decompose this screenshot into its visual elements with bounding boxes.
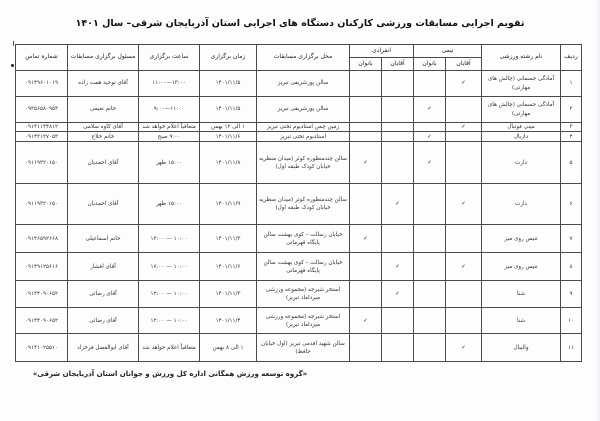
table-row: ۴ دازبال ✓ استادیوم تختی تبریز ۱۴۰۱/۱۱/۶…: [16, 132, 582, 142]
cell-sport: دارت: [482, 142, 561, 184]
cell-time: متعاقباً اعلام خواهد شد: [139, 123, 200, 132]
cell-ind-men: [382, 132, 414, 142]
cell-team-men: ✓: [446, 123, 482, 132]
header-date: زمان برگزاری: [200, 45, 257, 71]
header-sport: نام رشته ورزشی: [482, 45, 561, 71]
cell-team-men: [446, 308, 482, 334]
cell-ind-women: ✓: [350, 308, 382, 334]
cell-date: ۱۴۰۱/۱۱/۶: [200, 132, 257, 142]
cell-time: ۱۰:۰۰ — ۱۲:۰۰: [139, 225, 200, 253]
cell-time: ۱۱:۰۰—۹:۰۰: [139, 97, 200, 123]
table-row: ۶ دارت ✓ ✓ سالن چندمنظوره کوثر (میدان من…: [16, 184, 582, 225]
cell-responsible: آقای ابوالفضل فرخزاد: [68, 334, 139, 362]
footer-note: «گروه توسعه ورزش همگانی اداره کل ورزش و …: [0, 370, 600, 378]
cell-radif: ۷: [561, 225, 582, 253]
cell-ind-men: [382, 71, 414, 97]
cell-team-women: [414, 334, 446, 362]
cell-ind-men: [382, 142, 414, 184]
cell-team-women: [414, 308, 446, 334]
cell-date: ۱۴۰۱/۱۱/۵: [200, 71, 257, 97]
header-contact: شماره تماس: [16, 45, 68, 71]
schedule-table: ردیف نام رشته ورزشی تیمی انفرادی محل برگ…: [15, 44, 582, 362]
margin-dot: [11, 64, 14, 67]
cell-team-men: ✓: [446, 184, 482, 225]
cell-radif: ۳: [561, 123, 582, 132]
cell-contact: ۰۹۱۴۳۱۲۷۰۵۳: [16, 132, 68, 142]
cell-ind-women: [350, 184, 382, 225]
cell-radif: ۲: [561, 97, 582, 123]
header-team: تیمی: [414, 45, 482, 58]
cell-radif: ۶: [561, 184, 582, 225]
cell-ind-men: ✓: [382, 253, 414, 281]
cell-team-women: [414, 281, 446, 308]
cell-date: ۱۴۰۱/۱۱/۳: [200, 225, 257, 253]
cell-contact: ۰۹۱۴۶۵۹۲۶۶۸: [16, 225, 68, 253]
table-row: ۲ آمادگی جسمانی (چالش های مهارتی) ✓ سالن…: [16, 97, 582, 123]
cell-venue: زمین چمن استادیوم تختی تبریز: [257, 123, 350, 132]
cell-ind-women: [350, 97, 382, 123]
cell-radif: ۹: [561, 281, 582, 308]
cell-sport: شنا: [482, 281, 561, 308]
cell-ind-women: ✓: [350, 225, 382, 253]
cell-venue: خیابان رسالت – کوی بهشت سالن پایگاه قهرم…: [257, 225, 350, 253]
cell-contact: ۰۹۱۴۱۰۲۵۵۱۰: [16, 334, 68, 362]
cell-date: ۱ الی ۸ بهمن: [200, 334, 257, 362]
cell-radif: ۸: [561, 253, 582, 281]
cell-date: ۱۴۰۱/۱۱/۳: [200, 281, 257, 308]
cell-responsible: آقای کاوه سلامی: [68, 123, 139, 132]
cell-time: ۹:۰۰ صبح: [139, 132, 200, 142]
cell-radif: ۴: [561, 132, 582, 142]
cell-radif: ۱: [561, 71, 582, 97]
header-responsible: مسئول برگزاری مسابقات: [68, 45, 139, 71]
cell-ind-men: ✓: [382, 184, 414, 225]
header-ind-men: آقایان: [382, 58, 414, 71]
cell-sport: آمادگی جسمانی (چالش های مهارتی): [482, 71, 561, 97]
cell-venue: استادیوم تختی تبریز: [257, 132, 350, 142]
cell-contact: ۰۹۱۴۱۱۴۴۸۱۲: [16, 123, 68, 132]
cell-time: ۱۰:۰۰ — ۱۷:۰۰: [139, 253, 200, 281]
cell-responsible: آقای احمدیان: [68, 142, 139, 184]
cell-ind-women: [350, 123, 382, 132]
header-individual: انفرادی: [350, 45, 414, 58]
cell-contact: ۰۹۱۴۴۰۹۰۶۵۲: [16, 281, 68, 308]
cell-time: ۱۵:۰۰ ظهر: [139, 142, 200, 184]
cell-date: ۱۴۰۱/۱۱/۴: [200, 308, 257, 334]
cell-ind-men: [382, 334, 414, 362]
cell-contact: ۰۹۱۴۹۱۲۵۶۱۶: [16, 253, 68, 281]
cell-team-women: [414, 184, 446, 225]
cell-contact: ۰۹۱۴۹۶۰۱۰۱۹: [16, 71, 68, 97]
cell-time: ۱۰:۰۰ — ۱۲:۰۰: [139, 281, 200, 308]
page-edge-shadow: [594, 0, 600, 421]
table-row: ۱ آمادگی جسمانی (چالش های مهارتی) ✓ سالن…: [16, 71, 582, 97]
cell-radif: ۱۱: [561, 334, 582, 362]
cell-responsible: خانم اسماعیلی: [68, 225, 139, 253]
cell-ind-women: [350, 71, 382, 97]
cell-venue: استخر شیرجه (مجموعه ورزشی میرداماد تبریز…: [257, 308, 350, 334]
cell-team-women: [414, 225, 446, 253]
cell-responsible: خانم نعیمی: [68, 97, 139, 123]
table-row: ۳ مینی فوتبال ✓ زمین چمن استادیوم تختی ت…: [16, 123, 582, 132]
cell-ind-women: [350, 281, 382, 308]
cell-team-women: [414, 253, 446, 281]
cell-contact: ۰۹۳۵۶۵۸۰۹۵۴: [16, 97, 68, 123]
cell-team-men: [446, 132, 482, 142]
cell-ind-women: ✓: [350, 142, 382, 184]
header-venue: محل برگزاری مسابقات: [257, 45, 350, 71]
cell-responsible: آقای افشار: [68, 253, 139, 281]
cell-ind-women: [350, 334, 382, 362]
cell-venue: خیابان رسالت – کوی بهشت سالن پایگاه قهرم…: [257, 253, 350, 281]
cell-ind-men: [382, 308, 414, 334]
header-time: ساعت برگزاری: [139, 45, 200, 71]
cell-team-men: [446, 225, 482, 253]
cell-date: ۱۴۰۱/۱۱/۸: [200, 142, 257, 184]
cell-ind-women: [350, 253, 382, 281]
cell-responsible: آقای احمدیان: [68, 184, 139, 225]
cell-contact: ۰۹۱۱۹۳۲۰۱۵۰: [16, 184, 68, 225]
cell-time: ۱۵:۰۰ ظهر: [139, 184, 200, 225]
cell-responsible: آقای رضائی: [68, 281, 139, 308]
cell-time: ۱۰:۰۰ — ۱۲:۰۰: [139, 308, 200, 334]
cell-date: ۱۴۰۱/۱۱/۵: [200, 97, 257, 123]
cell-venue: سالن شهید اقدمی تبریز (اول خیابان حافظ): [257, 334, 350, 362]
cell-sport: تنیس روی میز: [482, 253, 561, 281]
cell-team-women: ✓: [414, 132, 446, 142]
cell-team-women: ✓: [414, 142, 446, 184]
cell-date: ۱۴۰۱/۱۱/۶: [200, 253, 257, 281]
cell-sport: دازبال: [482, 132, 561, 142]
cell-ind-men: [382, 97, 414, 123]
cell-sport: دارت: [482, 184, 561, 225]
footer-text: «گروه توسعه ورزش همگانی اداره کل ورزش و …: [0, 370, 350, 378]
cell-sport: مینی فوتبال: [482, 123, 561, 132]
cell-ind-men: [382, 123, 414, 132]
cell-team-men: ✓: [446, 334, 482, 362]
cell-radif: ۱۰: [561, 308, 582, 334]
header-team-women: بانوان: [414, 58, 446, 71]
header-team-men: آقایان: [446, 58, 482, 71]
cell-venue: استخر شیرجه (مجموعه ورزشی میرداماد تبریز…: [257, 281, 350, 308]
cell-team-men: [446, 97, 482, 123]
cell-date: ۱ الی ۱۲ بهمن: [200, 123, 257, 132]
cell-ind-women: [350, 132, 382, 142]
cell-sport: شنا: [482, 308, 561, 334]
cell-team-men: ✓: [446, 253, 482, 281]
cell-team-men: [446, 142, 482, 184]
table-row: ۹ شنا ✓ استخر شیرجه (مجموعه ورزشی میردام…: [16, 281, 582, 308]
table-row: ۱۱ والیبال ✓ سالن شهید اقدمی تبریز (اول …: [16, 334, 582, 362]
table-row: ۷ تنیس روی میز ✓ خیابان رسالت – کوی بهشت…: [16, 225, 582, 253]
cell-time: متعاقباً اعلام خواهد شد: [139, 334, 200, 362]
cell-time: ۱۳:۰۰—۱۱:۰۰: [139, 71, 200, 97]
cell-venue: سالن پورشریفی تبریز: [257, 71, 350, 97]
table-row: ۵ دارت ✓ ✓ سالن چندمنظوره کوثر (میدان من…: [16, 142, 582, 184]
cell-team-women: ✓: [414, 97, 446, 123]
cell-venue: سالن چندمنظوره کوثر (میدان منظریه خیابان…: [257, 142, 350, 184]
cell-sport: والیبال: [482, 334, 561, 362]
header-radif: ردیف: [561, 45, 582, 71]
cell-team-women: [414, 71, 446, 97]
cell-venue: سالن چندمنظوره کوثر (میدان منظریه خیابان…: [257, 184, 350, 225]
header-ind-women: بانوان: [350, 58, 382, 71]
cell-sport: تنیس روی میز: [482, 225, 561, 253]
cell-responsible: آقای توحید همت زاده: [68, 71, 139, 97]
cell-contact: ۰۹۱۱۹۳۲۰۱۵۰: [16, 142, 68, 184]
cell-responsible: آقای رضائی: [68, 308, 139, 334]
margin-mark: [13, 41, 14, 46]
cell-team-women: [414, 123, 446, 132]
cell-responsible: خانم خلاج: [68, 132, 139, 142]
cell-contact: ۰۹۱۴۴۰۹۰۶۵۲: [16, 308, 68, 334]
cell-radif: ۵: [561, 142, 582, 184]
cell-team-men: ✓: [446, 71, 482, 97]
cell-sport: آمادگی جسمانی (چالش های مهارتی): [482, 97, 561, 123]
table-row: ۸ تنیس روی میز ✓ ✓ خیابان رسالت – کوی به…: [16, 253, 582, 281]
cell-ind-men: [382, 225, 414, 253]
cell-date: ۱۴۰۱/۱۱/۹: [200, 184, 257, 225]
table-row: ۱۰ شنا ✓ استخر شیرجه (مجموعه ورزشی میردا…: [16, 308, 582, 334]
cell-team-men: [446, 281, 482, 308]
document-title: تقویم اجرایی مسابقات ورزشی کارکنان دستگا…: [0, 18, 600, 29]
cell-ind-men: ✓: [382, 281, 414, 308]
cell-venue: سالن پورشریفی تبریز: [257, 97, 350, 123]
